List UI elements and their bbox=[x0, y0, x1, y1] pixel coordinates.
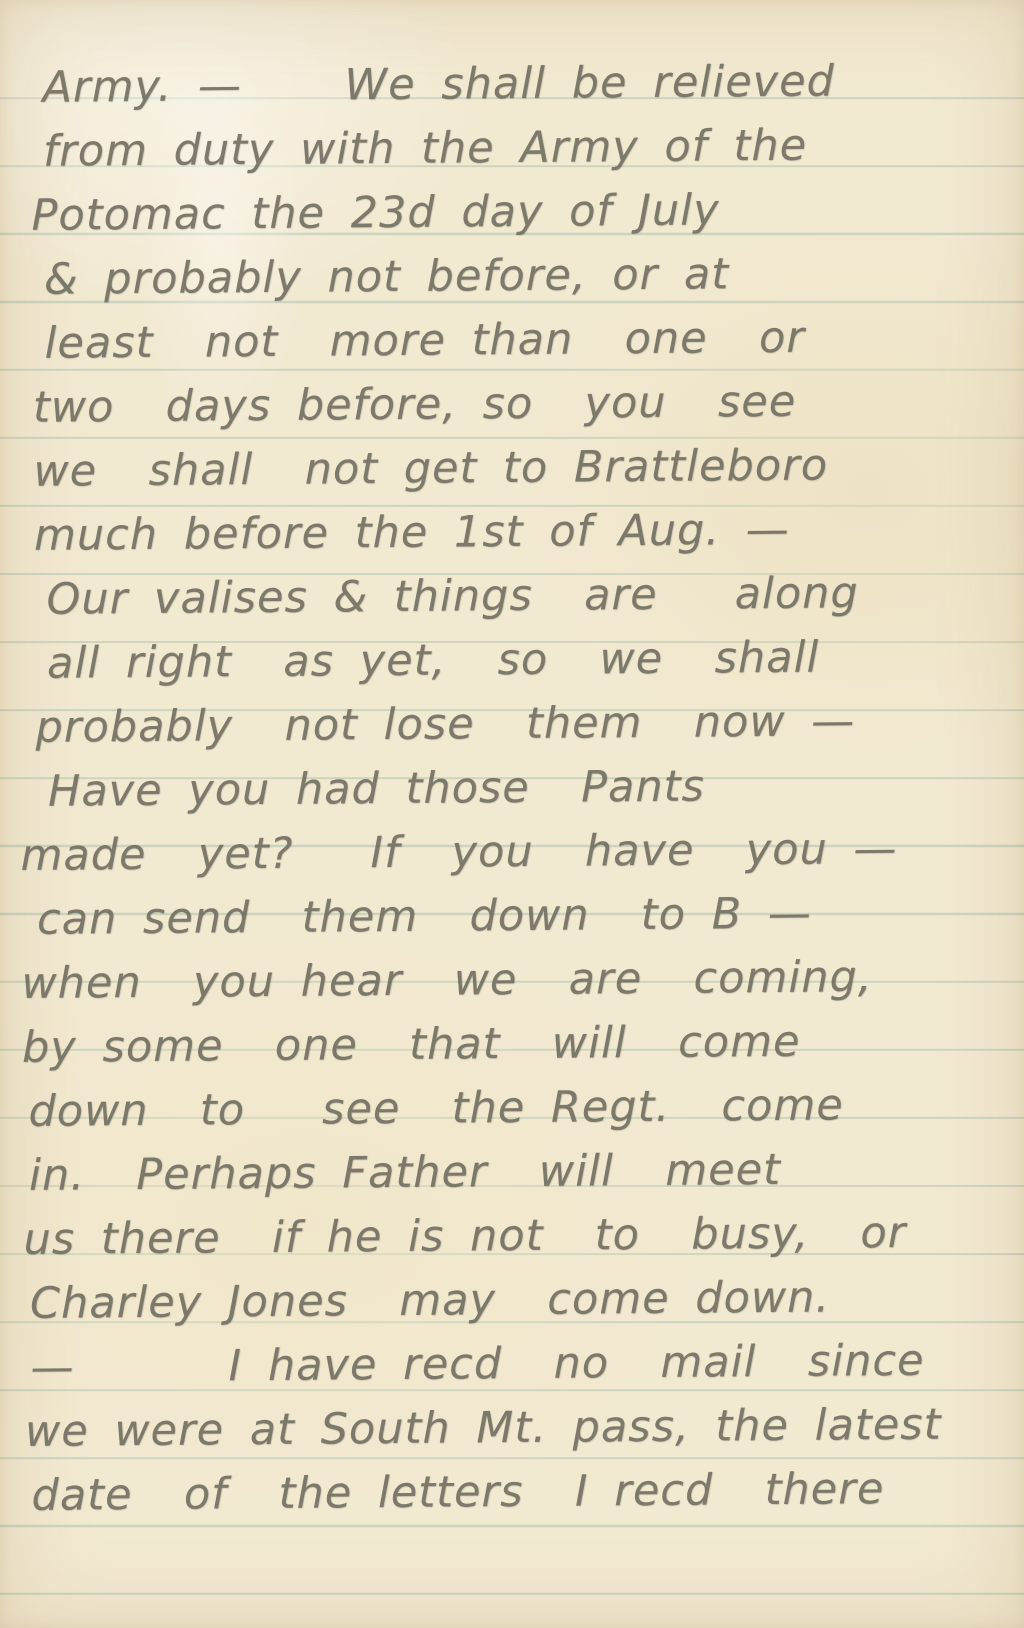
letter-line-17: down to see the Regt. come bbox=[28, 1072, 1012, 1144]
letter-line-1: Army. — We shall be relieved bbox=[42, 48, 1004, 120]
letter-line-16: by some one that will come bbox=[22, 1008, 1012, 1080]
letter-line-23: date of the letters I recd there bbox=[31, 1456, 1015, 1528]
letter-line-3: Potomac the 23d day of July bbox=[31, 176, 1005, 248]
letter-line-8: much before the 1st of Aug. — bbox=[34, 496, 1008, 568]
letter-line-21: — I have recd no mail since bbox=[30, 1328, 1014, 1400]
letter-line-7: we shall not get to Brattleboro bbox=[33, 432, 1007, 504]
letter-line-14: can send them down to B — bbox=[37, 880, 1011, 952]
letter-line-19: us there if he is not to busy, or bbox=[23, 1200, 1013, 1272]
letter-line-10: all right as yet, so we shall bbox=[47, 624, 1009, 696]
letter-line-4: & probably not before, or at bbox=[44, 240, 1006, 312]
letter-line-2: from duty with the Army of the bbox=[43, 112, 1005, 184]
letter-line-9: Our valises & things are along bbox=[46, 560, 1008, 632]
letter-line-18: in. Perhaps Father will meet bbox=[29, 1136, 1013, 1208]
letter-line-5: least not more than one or bbox=[44, 304, 1006, 376]
letter-scan-page: Army. — We shall be relieved from duty w… bbox=[0, 0, 1024, 1628]
letter-line-11: probably not lose them now — bbox=[35, 688, 1009, 760]
letter-line-15: when you hear we are coming, bbox=[21, 944, 1011, 1016]
letter-line-20: Charley Jones may come down. bbox=[30, 1264, 1014, 1336]
letter-line-22: we were at South Mt. pass, the latest bbox=[25, 1392, 1015, 1464]
letter-body: Army. — We shall be relieved from duty w… bbox=[20, 48, 1016, 1528]
letter-line-13: made yet? If you have you — bbox=[20, 816, 1010, 888]
letter-line-6: two days before, so you see bbox=[33, 368, 1007, 440]
letter-line-12: Have you had those Pants bbox=[48, 752, 1010, 824]
